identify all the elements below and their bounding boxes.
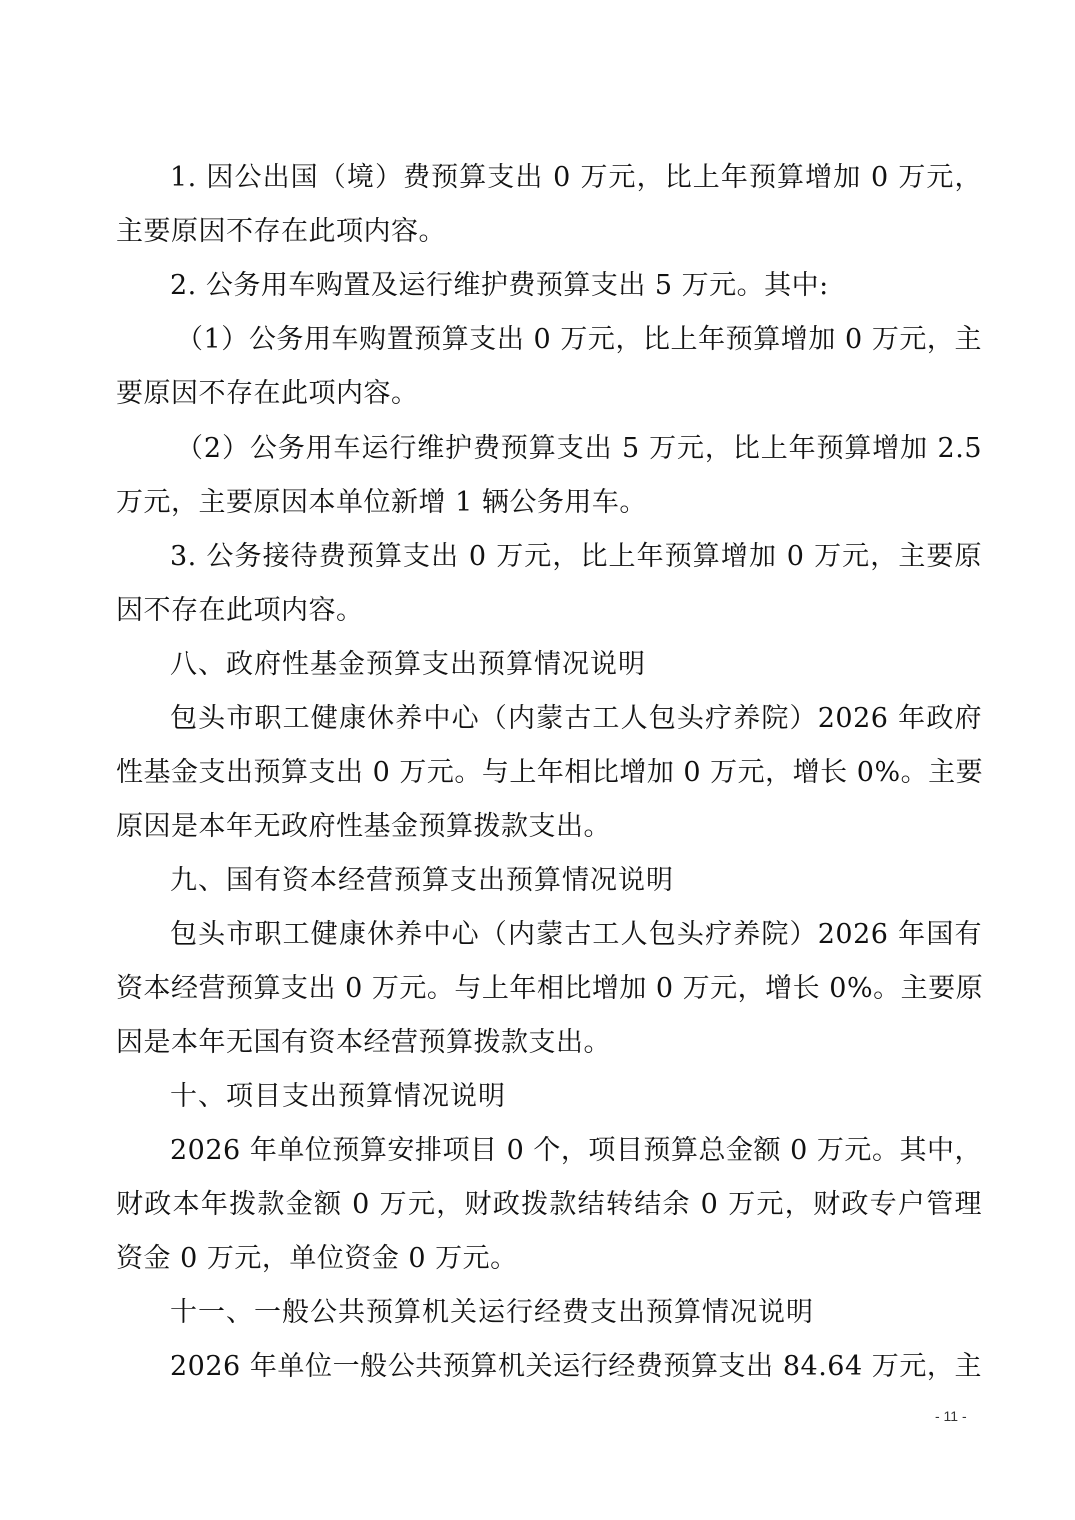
paragraph-line: 因不存在此项内容。 bbox=[116, 593, 982, 629]
paragraph-line: 包头市职工健康休养中心（内蒙古工人包头疗养院）2026 年国有 bbox=[170, 917, 982, 953]
paragraph-line: 财政本年拨款金额 0 万元，财政拨款结转结余 0 万元，财政专户管理 bbox=[116, 1187, 982, 1223]
paragraph-line: 原因是本年无政府性基金预算拨款支出。 bbox=[116, 809, 982, 845]
paragraph-line: 要原因不存在此项内容。 bbox=[116, 376, 982, 412]
paragraph-line: 资本经营预算支出 0 万元。与上年相比增加 0 万元，增长 0%。主要原 bbox=[116, 971, 982, 1007]
paragraph-line: 包头市职工健康休养中心（内蒙古工人包头疗养院）2026 年政府 bbox=[170, 701, 982, 737]
paragraph-line: 3. 公务接待费预算支出 0 万元，比上年预算增加 0 万元，主要原 bbox=[170, 539, 982, 575]
section-heading: 十一、一般公共预算机关运行经费支出预算情况说明 bbox=[170, 1295, 982, 1331]
section-heading: 九、国有资本经营预算支出预算情况说明 bbox=[170, 863, 982, 899]
paragraph-line: （2）公务用车运行维护费预算支出 5 万元，比上年预算增加 2.5 bbox=[176, 431, 982, 467]
paragraph-line: 2026 年单位一般公共预算机关运行经费预算支出 84.64 万元，主 bbox=[170, 1349, 982, 1385]
paragraph-line: 主要原因不存在此项内容。 bbox=[116, 214, 982, 250]
section-heading: 十、项目支出预算情况说明 bbox=[170, 1079, 982, 1115]
paragraph-line: 2. 公务用车购置及运行维护费预算支出 5 万元。其中: bbox=[170, 268, 982, 304]
document-page: 1. 因公出国（境）费预算支出 0 万元，比上年预算增加 0 万元， 主要原因不… bbox=[0, 0, 1075, 1520]
paragraph-line: 1. 因公出国（境）费预算支出 0 万元，比上年预算增加 0 万元， bbox=[170, 160, 982, 196]
paragraph-line: 资金 0 万元，单位资金 0 万元。 bbox=[116, 1241, 982, 1277]
paragraph-line: 2026 年单位预算安排项目 0 个，项目预算总金额 0 万元。其中， bbox=[170, 1133, 982, 1169]
page-number: - 11 - bbox=[935, 1408, 967, 1424]
paragraph-line: （1）公务用车购置预算支出 0 万元，比上年预算增加 0 万元，主 bbox=[176, 322, 982, 358]
section-heading: 八、政府性基金预算支出预算情况说明 bbox=[170, 647, 982, 683]
paragraph-line: 万元，主要原因本单位新增 1 辆公务用车。 bbox=[116, 485, 982, 521]
paragraph-line: 因是本年无国有资本经营预算拨款支出。 bbox=[116, 1025, 982, 1061]
paragraph-line: 性基金支出预算支出 0 万元。与上年相比增加 0 万元，增长 0%。主要 bbox=[116, 755, 982, 791]
